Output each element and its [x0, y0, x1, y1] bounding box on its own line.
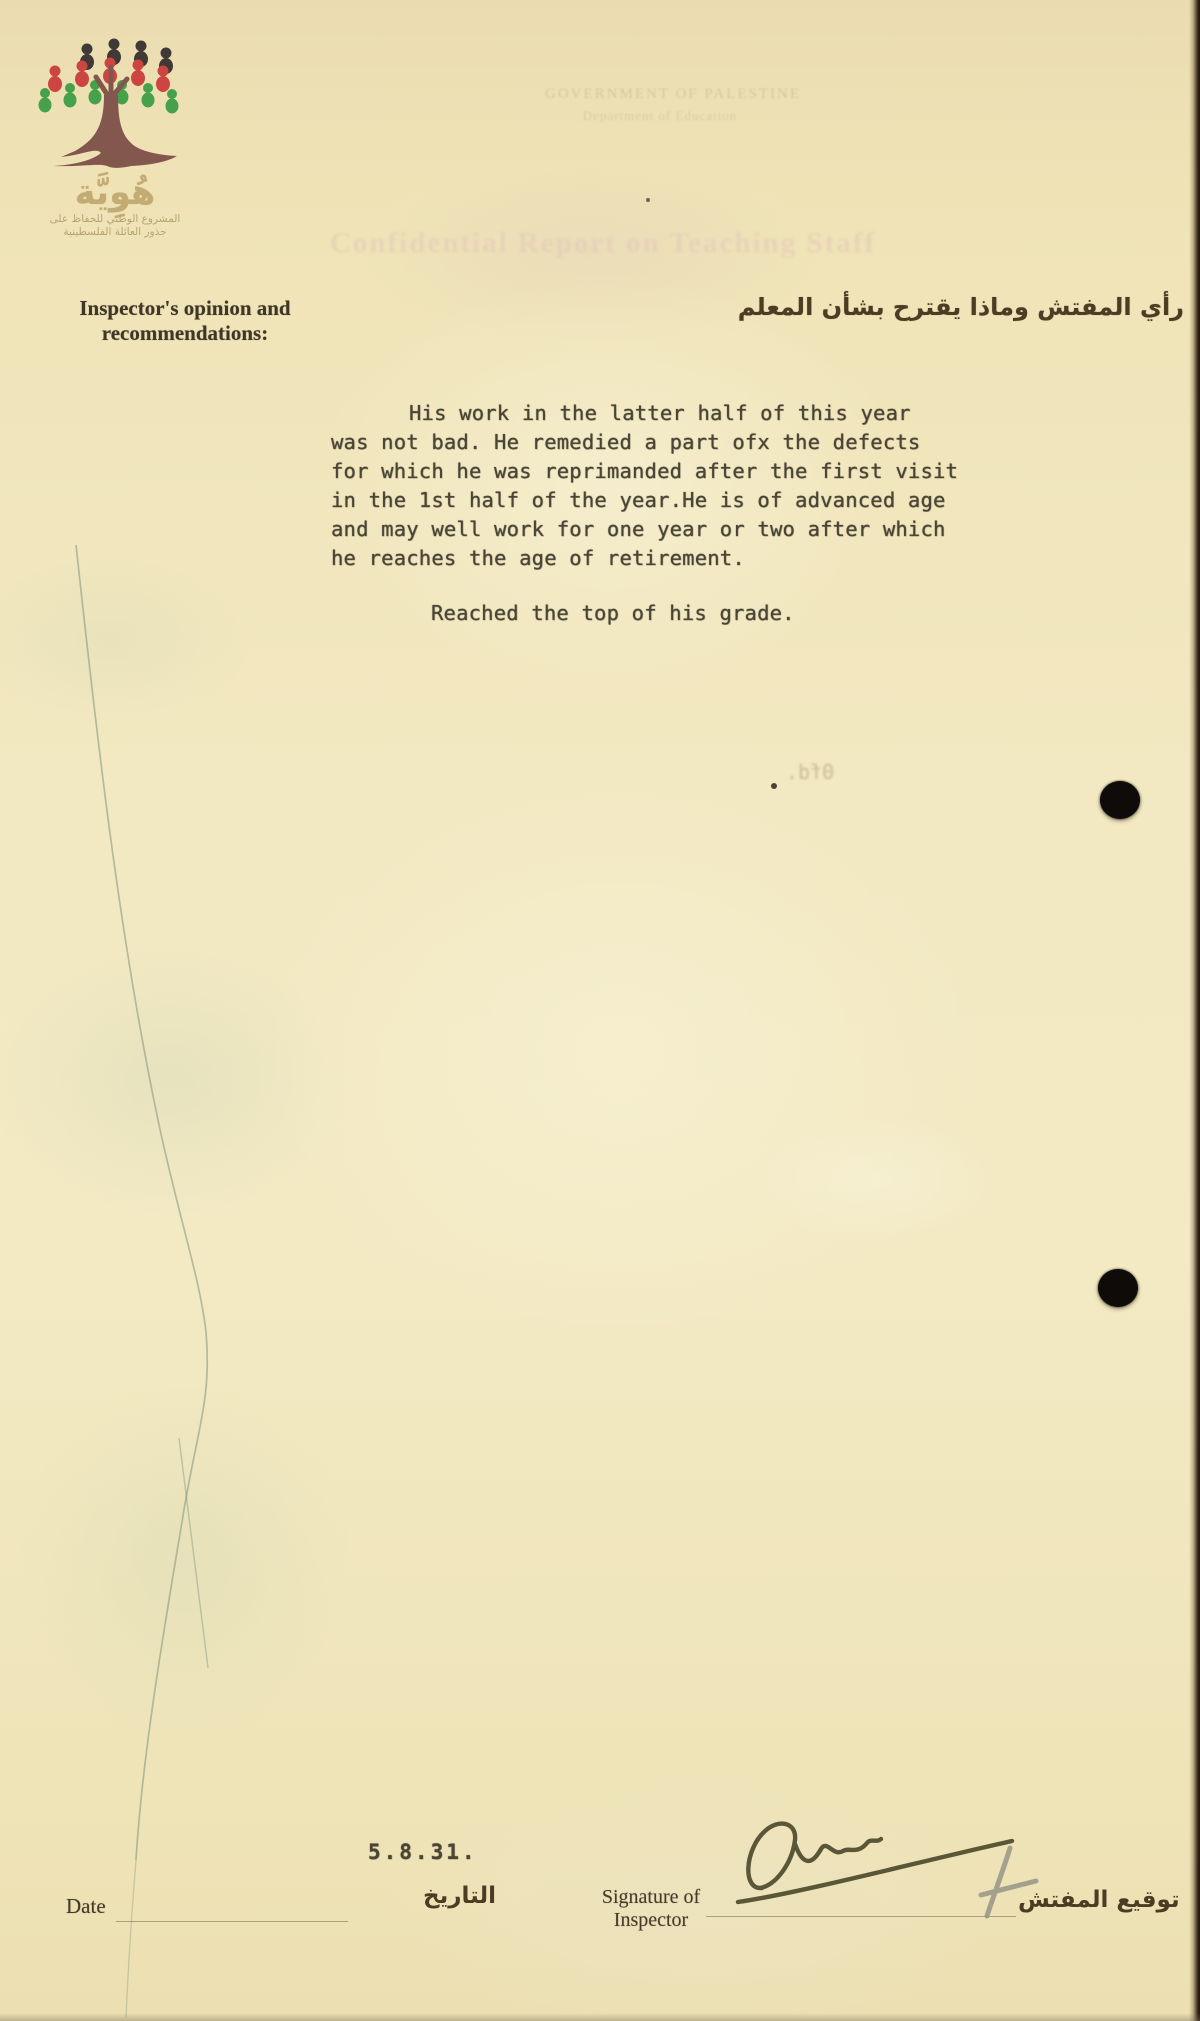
- opinion-line: for which he was reprimanded after the f…: [331, 457, 991, 486]
- opinion-line: and may well work for one year or two af…: [331, 515, 991, 544]
- hole-punch-top: [1100, 781, 1140, 819]
- opinion-line: in the 1st half of the year.He is of adv…: [331, 486, 991, 515]
- date-label: Date: [66, 1894, 106, 1919]
- scan-edge-shadow-bottom: [0, 2013, 1200, 2021]
- inspector-opinion-label: Inspector's opinion and recommendations:: [52, 296, 318, 346]
- logo-subtitle-line1: المشروع الوطني للحفاظ على: [30, 213, 200, 226]
- opinion-line: His work in the latter half of this year: [331, 399, 991, 428]
- date-value: 5.8.31.: [368, 1840, 478, 1864]
- huwiyya-logo: هُوِيَّة المشروع الوطني للحفاظ على جذور …: [30, 35, 200, 239]
- opinion-line: was not bad. He remedied a part ofx the …: [331, 428, 991, 457]
- opinion-paragraph: His work in the latter half of this year…: [331, 399, 991, 573]
- hole-punch-bottom: [1098, 1269, 1138, 1307]
- ink-speck: [771, 783, 777, 789]
- tree-of-people-icon: [35, 35, 195, 177]
- date-label-arabic: التاريخ: [423, 1883, 496, 1909]
- date-blank-line: [116, 1921, 348, 1922]
- logo-subtitle-line2: جذور العائلة الفلسطينية: [30, 226, 200, 239]
- grade-note-line: Reached the top of his grade.: [431, 601, 795, 625]
- logo-calligraphy: هُوِيَّة: [30, 173, 200, 213]
- inspector-opinion-label-line2: recommendations:: [52, 321, 318, 346]
- opinion-line: he reaches the age of retirement.: [331, 544, 991, 573]
- document-page: هُوِيَّة المشروع الوطني للحفاظ على جذور …: [0, 0, 1200, 2021]
- inspector-opinion-label-arabic: رأي المفتش وماذا يقترح بشأن المعلم: [738, 293, 1184, 321]
- pencil-check-mark: [958, 1840, 1050, 1930]
- ink-speck: [646, 198, 650, 202]
- inspector-opinion-label-line1: Inspector's opinion and: [52, 296, 318, 321]
- scan-edge-shadow-right: [1189, 0, 1200, 2021]
